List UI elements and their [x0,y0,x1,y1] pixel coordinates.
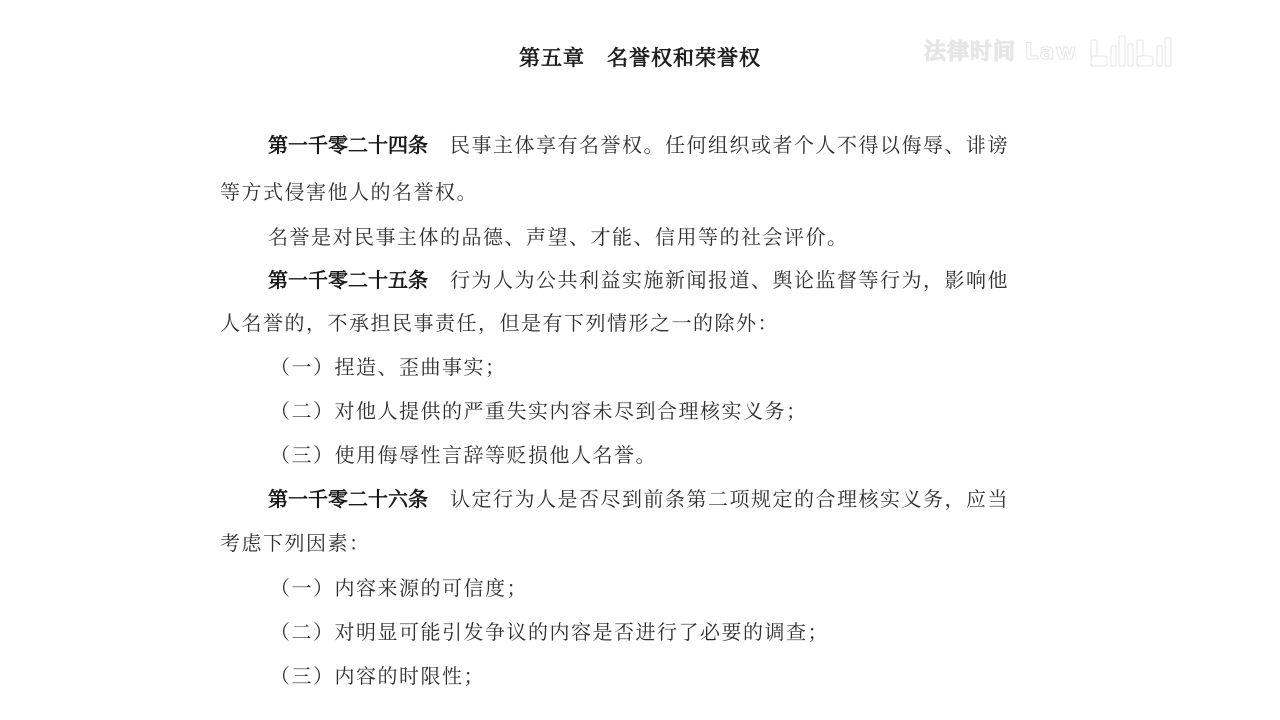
chapter-title: 第五章 名誉权和荣誉权 [0,42,1280,72]
article-1026-item-2: （二）对明显可能引发争议的内容是否进行了必要的调查； [270,618,829,646]
article-1025-item-3: （三）使用侮辱性言辞等贬损他人名誉。 [270,441,657,469]
article-1026-item-3: （三）内容的时限性； [270,662,485,690]
article-1024-paragraph-2: 名誉是对民事主体的品德、声望、才能、信用等的社会评价。 [268,223,849,251]
article-number: 第一千零二十六条 [268,487,428,511]
article-1024-line-2: 等方式侵害他人的名誉权。 [220,178,478,206]
document-page: 法律时间 Law 第五章 名誉权和荣誉权 第一千零二十四条民事主体享有名誉权。任… [0,0,1280,720]
article-1026-line-1: 第一千零二十六条认定行为人是否尽到前条第二项规定的合理核实义务，应当 [268,485,1009,513]
article-1025-item-2: （二）对他人提供的严重失实内容未尽到合理核实义务； [270,397,808,425]
article-1025-line-2: 人名誉的，不承担民事责任，但是有下列情形之一的除外： [220,309,779,337]
article-text: 行为人为公共利益实施新闻报道、舆论监督等行为，影响他 [450,268,1009,292]
article-1026-item-1: （一）内容来源的可信度； [270,574,528,602]
article-1026-line-2: 考虑下列因素： [220,529,371,557]
article-text: 认定行为人是否尽到前条第二项规定的合理核实义务，应当 [450,487,1009,511]
article-1025-item-1: （一）捏造、歪曲事实； [270,353,507,381]
article-number: 第一千零二十四条 [268,133,428,157]
article-1024-line-1: 第一千零二十四条民事主体享有名誉权。任何组织或者个人不得以侮辱、诽谤 [268,131,1009,159]
article-number: 第一千零二十五条 [268,268,428,292]
article-text: 民事主体享有名誉权。任何组织或者个人不得以侮辱、诽谤 [450,133,1009,157]
article-1025-line-1: 第一千零二十五条行为人为公共利益实施新闻报道、舆论监督等行为，影响他 [268,266,1009,294]
